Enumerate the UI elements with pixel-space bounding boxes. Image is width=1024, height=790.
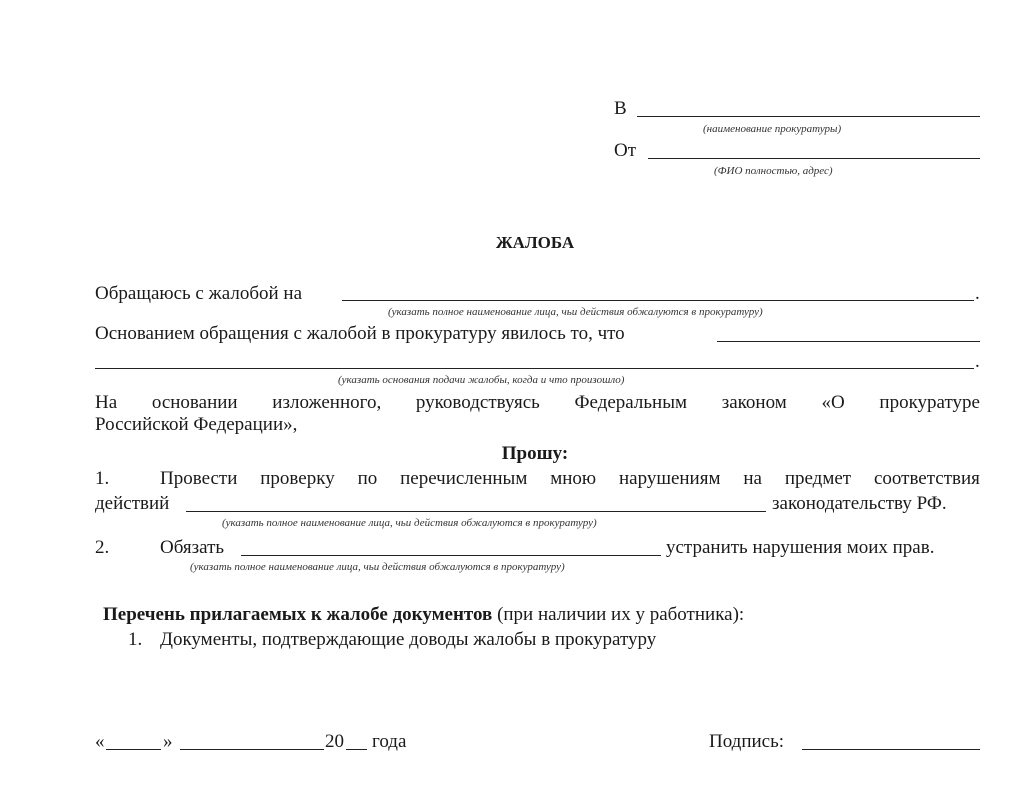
to-label: В [614,98,627,120]
word: руководствуясь [416,392,540,414]
grounds-hint: (указать основания подачи жалобы, когда … [338,374,624,386]
date-year-field[interactable] [346,749,367,750]
date-month-field[interactable] [180,749,324,750]
word: изложенного, [272,392,381,414]
appeal-target-field[interactable] [342,300,974,301]
attachment-1-number: 1. [128,629,142,651]
word: перечисленным [400,468,527,490]
request-2-suffix: устранить нарушения моих прав. [666,537,934,559]
word: законом [722,392,787,414]
basis-paragraph-line2: Российской Федерации», [95,414,297,436]
request-heading: Прошу: [0,443,1024,465]
request-2-hint: (указать полное наименование лица, чьи д… [190,561,565,573]
prosecutor-office-hint: (наименование прокуратуры) [703,123,841,135]
word: на [743,468,762,490]
word: На [95,392,117,414]
request-1-line1: Провестипроверкупоперечисленныммноюнаруш… [160,468,980,490]
attachments-heading: Перечень прилагаемых к жалобе документов… [103,604,744,626]
grounds-suffix: . [975,351,980,373]
word: «О [821,392,844,414]
word: прокуратуре [879,392,980,414]
from-label: От [614,140,636,162]
appeal-suffix: . [975,283,980,305]
request-1-hint: (указать полное наименование лица, чьи д… [222,517,597,529]
word: Провести [160,468,237,490]
date-year-suffix: года [372,731,406,753]
sender-name-address-hint: (ФИО полностью, адрес) [714,165,833,177]
grounds-field-line1[interactable] [717,341,980,342]
word: предмет [785,468,851,490]
signature-field[interactable] [802,749,980,750]
word: нарушениям [619,468,721,490]
request-2-number: 2. [95,537,109,559]
request-1-prefix: действий [95,493,169,515]
word: основании [152,392,238,414]
prosecutor-office-field[interactable] [637,116,980,117]
date-year-prefix: 20 [325,731,344,753]
appeal-prefix: Обращаюсь с жалобой на [95,283,302,305]
word: Федеральным [575,392,688,414]
date-quote-open: « [95,731,105,753]
signature-label: Подпись: [709,731,784,753]
grounds-prefix: Основанием обращения с жалобой в прокура… [95,323,625,345]
request-2-prefix: Обязать [160,537,224,559]
date-quote-close: » [163,731,173,753]
attachments-heading-bold: Перечень прилагаемых к жалобе документов [103,604,492,625]
appeal-target-hint: (указать полное наименование лица, чьи д… [388,306,763,318]
request-2-target-field[interactable] [241,555,661,556]
word: проверку [260,468,334,490]
word: соответствия [874,468,980,490]
date-day-field[interactable] [106,749,161,750]
word: по [358,468,378,490]
attachment-1-text: Документы, подтверждающие доводы жалобы … [160,629,656,651]
sender-name-address-field[interactable] [648,158,980,159]
grounds-field-line2[interactable] [95,368,974,369]
basis-paragraph-line1: Наоснованииизложенного,руководствуясьФед… [95,392,980,414]
document-title: ЖАЛОБА [0,233,1024,253]
request-1-suffix: законодательству РФ. [772,493,947,515]
attachments-heading-note: (при наличии их у работника): [497,604,744,625]
request-1-target-field[interactable] [186,511,766,512]
request-1-number: 1. [95,468,109,490]
word: мною [550,468,596,490]
